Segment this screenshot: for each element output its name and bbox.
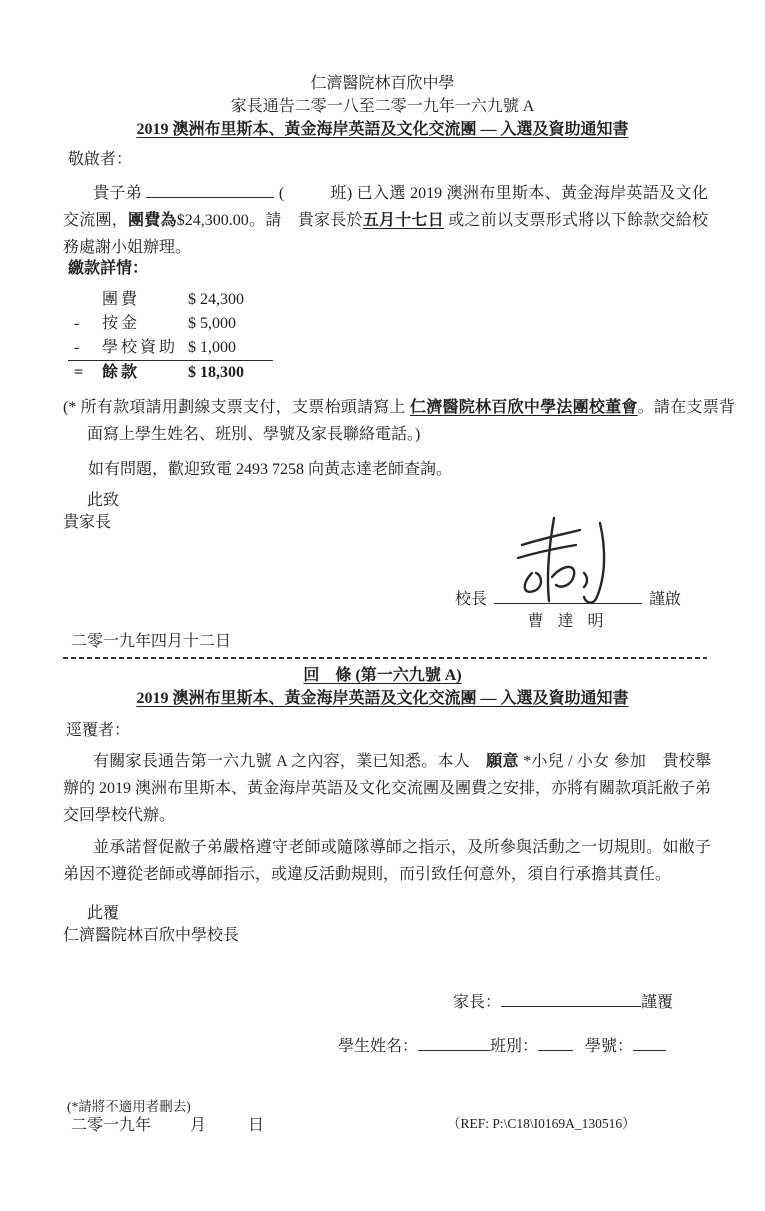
row-label: 學校資助 xyxy=(102,336,188,360)
paren-open: ( xyxy=(279,185,284,202)
intro-paragraph: 貴子弟 (班) 已入選 2019 澳洲布里斯本、黃金海岸英語及文化交流團，團費為… xyxy=(63,180,708,261)
class-blank xyxy=(538,1035,573,1051)
reply-student-name-blank xyxy=(418,1035,490,1051)
reply-date-row: 二零一九年月日 xyxy=(71,1112,264,1135)
payment-table: 團費 $ 24,300 - 按金 $ 5,000 - 學校資助 $ 1,000 … xyxy=(74,288,283,385)
enquiry-line: 如有問題，歡迎致電 2493 7258 向黃志達老師查詢。 xyxy=(88,456,452,479)
class-blank-gap xyxy=(284,197,330,198)
row-label: 按金 xyxy=(102,312,188,336)
reply-paragraph-2: 並承諾督促敝子弟嚴格遵守老師或隨隊導師之指示，及所參與活動之一切規則。如敝子弟因… xyxy=(63,834,711,888)
scanned-notice-page: 仁濟醫院林百欣中學 家長通告二零一八至二零一九年一六九號 A 2019 澳洲布里… xyxy=(0,0,765,1211)
date-gap xyxy=(151,1129,190,1130)
date-gap xyxy=(206,1129,248,1130)
row-amount: $ 18,300 xyxy=(188,361,283,385)
payment-deadline: 五月十七日 xyxy=(363,212,444,229)
field-gap xyxy=(573,1050,585,1051)
school-name: 仁濟醫院林百欣中學 xyxy=(0,72,765,95)
principal-name: 曹 達 明 xyxy=(493,608,643,631)
class-label: 班別： xyxy=(490,1038,538,1055)
reply-paragraph-1: 有關家長通告第一六九號 A 之內容，業已知悉。本人 願意 *小兒 / 小女 參加… xyxy=(63,748,711,829)
notice-number: 家長通告二零一八至二零一九年一六九號 A xyxy=(0,95,765,118)
principal-signature-blank xyxy=(494,588,642,604)
table-row-total: = 餘款 $ 18,300 xyxy=(74,361,283,385)
student-info-row: 學生姓名：班別：學號： xyxy=(338,1033,666,1056)
table-row: - 學校資助 $ 1,000 xyxy=(74,336,283,360)
reply-para1-pre: 有關家長通告第一六九號 A 之內容，業已知悉。本人 xyxy=(93,753,486,770)
jinfu-label: 謹覆 xyxy=(641,994,673,1011)
reply-slip-header: 回 條 (第一六九號 A) 2019 澳洲布里斯本、黃金海岸英語及文化交流團 —… xyxy=(0,664,765,710)
student-number-label: 學號： xyxy=(585,1038,633,1055)
reply-date-month: 月 xyxy=(190,1117,206,1134)
row-label: 團費 xyxy=(102,288,188,312)
principal-sign-row: 校長 謹啟 xyxy=(455,586,681,609)
row-operator: - xyxy=(74,312,102,336)
fee-label: 團費為 xyxy=(128,212,177,229)
student-name-blank xyxy=(146,182,274,198)
cheque-note: (* 所有款項請用劃線支票支付，支票枱頭請寫上 仁濟醫院林百欣中學法團校董會。請… xyxy=(63,394,735,448)
fee-amount: $24,300.00。請 貴家長於 xyxy=(177,212,363,229)
parent-signature-blank xyxy=(501,991,641,1007)
reply-closing-to: 仁濟醫院林百欣中學校長 xyxy=(63,922,239,945)
file-reference: （REF: P:\C18\I0169A_130516） xyxy=(447,1112,636,1132)
cheque-note-pre: (* 所有款項請用劃線支票支付，支票枱頭請寫上 xyxy=(63,399,410,416)
reply-slip-subtitle: 2019 澳洲布里斯本、黃金海岸英語及文化交流團 — 入選及資助通知書 xyxy=(0,687,765,710)
row-label: 餘款 xyxy=(102,361,188,385)
row-operator xyxy=(74,288,102,312)
intro-child-label: 貴子弟 xyxy=(93,185,142,202)
row-operator: - xyxy=(74,336,102,360)
student-name-label: 學生姓名： xyxy=(338,1038,418,1055)
jinqi-label: 謹啟 xyxy=(649,591,681,608)
student-number-blank xyxy=(633,1035,666,1051)
table-row: 團費 $ 24,300 xyxy=(74,288,283,312)
closing-recipient: 貴家長 xyxy=(63,509,111,532)
payment-details-heading: 繳款詳情： xyxy=(68,255,148,278)
row-amount: $ 5,000 xyxy=(188,312,283,336)
row-operator: = xyxy=(74,361,102,385)
tear-off-divider xyxy=(63,657,707,659)
salutation: 敬啟者： xyxy=(68,146,132,169)
notice-title: 2019 澳洲布里斯本、黃金海岸英語及文化交流團 — 入選及資助通知書 xyxy=(0,118,765,141)
table-row: - 按金 $ 5,000 xyxy=(74,312,283,336)
parent-label: 家長： xyxy=(453,994,501,1011)
reply-date-day: 日 xyxy=(248,1117,264,1134)
parent-sign-row: 家長：謹覆 xyxy=(453,989,673,1012)
reply-date-year: 二零一九年 xyxy=(71,1117,151,1134)
cheque-payee-name: 仁濟醫院林百欣中學法團校董會 xyxy=(410,399,638,416)
notice-date: 二零一九年四月十二日 xyxy=(71,628,231,651)
row-amount: $ 24,300 xyxy=(188,288,283,312)
notice-header: 仁濟醫院林百欣中學 家長通告二零一八至二零一九年一六九號 A 2019 澳洲布里… xyxy=(0,72,765,141)
willing-label: 願意 xyxy=(486,753,519,770)
reply-closing-cifu: 此覆 xyxy=(87,900,119,923)
principal-label: 校長 xyxy=(455,591,487,608)
row-amount: $ 1,000 xyxy=(188,336,283,360)
class-suffix: 班) xyxy=(330,185,352,202)
reply-salutation: 逕覆者： xyxy=(66,717,130,740)
reply-slip-title: 回 條 (第一六九號 A) xyxy=(0,664,765,687)
closing-cizhi: 此致 xyxy=(87,487,119,510)
